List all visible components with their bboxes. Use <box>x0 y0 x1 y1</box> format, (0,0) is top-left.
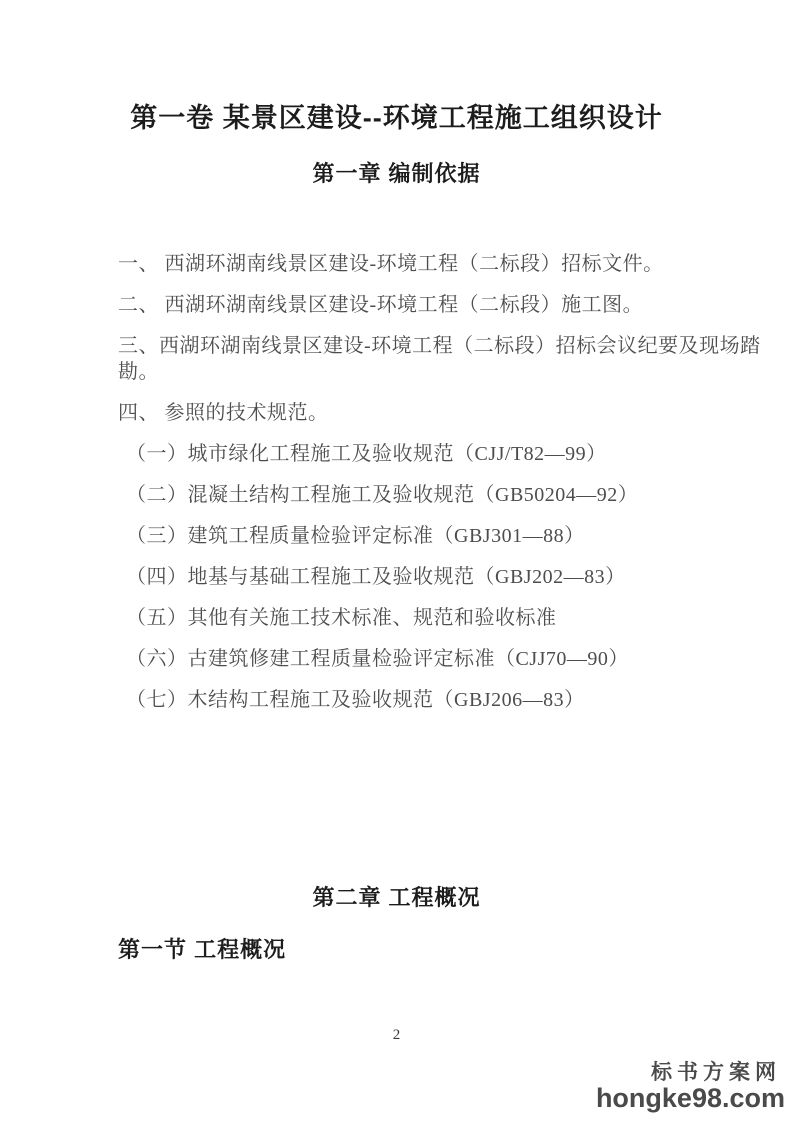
spec-item: （三）建筑工程质量检验评定标准（GBJ301—88） <box>0 523 793 549</box>
spec-item: （五）其他有关施工技术标准、规范和验收标准 <box>0 605 793 631</box>
basis-item: 二、 西湖环湖南线景区建设-环境工程（二标段）施工图。 <box>0 292 793 318</box>
basis-item: 一、 西湖环湖南线景区建设-环境工程（二标段）招标文件。 <box>0 251 793 277</box>
chapter-1-heading: 第一章 编制依据 <box>0 160 793 188</box>
spec-item: （六）古建筑修建工程质量检验评定标准（CJJ70—90） <box>0 646 793 672</box>
watermark-site-name: 标书方案网 <box>596 1062 781 1084</box>
basis-list: 一、 西湖环湖南线景区建设-环境工程（二标段）招标文件。 二、 西湖环湖南线景区… <box>0 251 793 713</box>
spec-item: （七）木结构工程施工及验收规范（GBJ206—83） <box>0 687 793 713</box>
chapter-2-heading: 第二章 工程概况 <box>0 884 793 912</box>
document-main-title: 第一卷 某景区建设--环境工程施工组织设计 <box>0 102 793 134</box>
section-1-heading: 第一节 工程概况 <box>0 936 793 964</box>
document-page: 第一卷 某景区建设--环境工程施工组织设计 第一章 编制依据 一、 西湖环湖南线… <box>0 0 793 1122</box>
basis-item: 三、西湖环湖南线景区建设-环境工程（二标段）招标会议纪要及现场踏勘。 <box>0 333 793 385</box>
page-number: 2 <box>0 1027 793 1044</box>
spec-item: （二）混凝土结构工程施工及验收规范（GB50204—92） <box>0 482 793 508</box>
spec-item: （四）地基与基础工程施工及验收规范（GBJ202—83） <box>0 564 793 590</box>
watermark: 标书方案网 hongke98.com <box>596 1062 785 1112</box>
spec-item: （一）城市绿化工程施工及验收规范（CJJ/T82—99） <box>0 441 793 467</box>
basis-item: 四、 参照的技术规范。 <box>0 400 793 426</box>
watermark-site-url: hongke98.com <box>596 1084 785 1112</box>
